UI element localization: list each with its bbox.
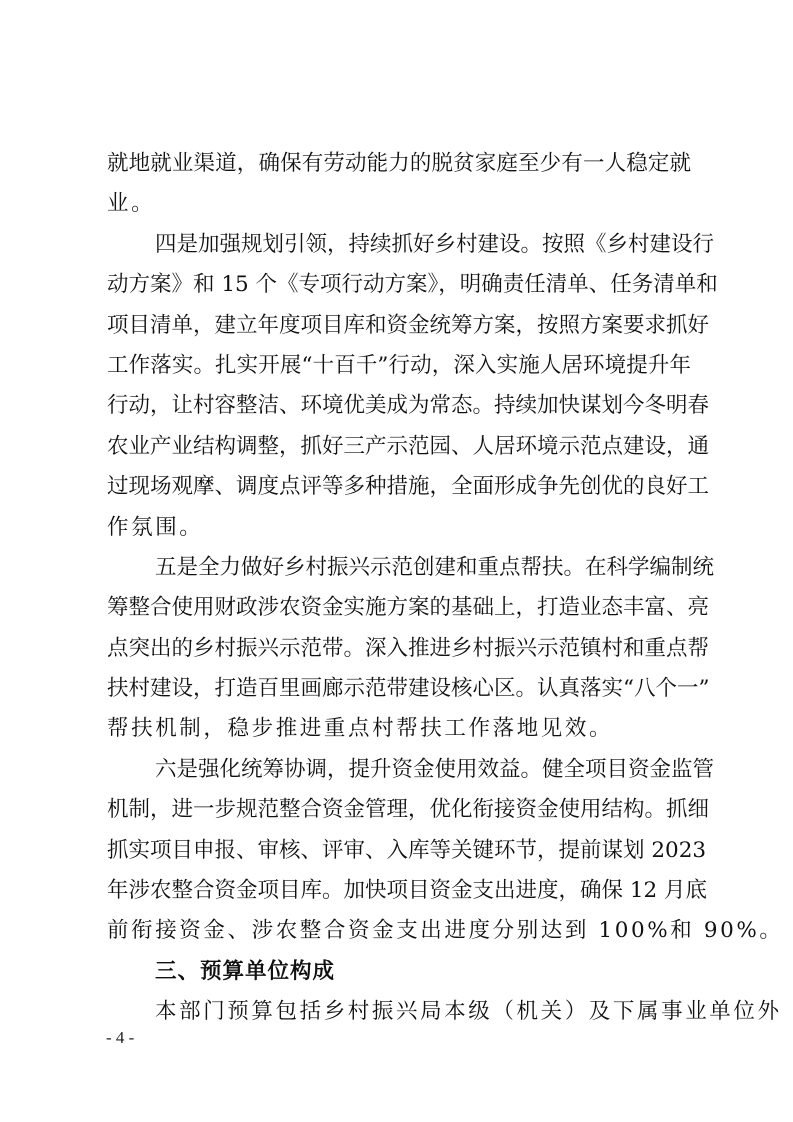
text-line: 过现场观摩、调度点评等多种措施，全面形成争先创优的良好工 [107,467,691,507]
text-line: 农业产业结构调整，抓好三产示范园、人居环境示范点建设，通 [107,427,691,467]
paragraph-start-line: 六是强化统筹协调，提升资金使用效益。健全项目资金监管 [107,750,691,790]
paragraph-start-line: 本部门预算包括乡村振兴局本级（机关）及下属事业单位外 [107,992,691,1032]
text-line: 扶村建设，打造百里画廊示范带建设核心区。认真落实“八个一” [107,669,691,709]
text-line: 帮扶机制，稳步推进重点村帮扶工作落地见效。 [107,709,691,749]
paragraph-start-line: 四是加强规划引领，持续抓好乡村建设。按照《乡村建设行 [107,225,691,265]
section-heading: 三、预算单位构成 [107,952,691,992]
text-line: 就地就业渠道，确保有劳动能力的脱贫家庭至少有一人稳定就 [107,144,691,184]
text-line: 点突出的乡村振兴示范带。深入推进乡村振兴示范镇村和重点帮 [107,629,691,669]
text-line: 作氛围。 [107,508,691,548]
text-line: 筹整合使用财政涉农资金实施方案的基础上，打造业态丰富、亮 [107,588,691,628]
text-line: 前衔接资金、涉农整合资金支出进度分别达到 100%和 90%。 [107,911,691,951]
text-line: 工作落实。扎实开展“十百千”行动，深入实施人居环境提升年 [107,346,691,386]
paragraph-start-line: 五是全力做好乡村振兴示范创建和重点帮扶。在科学编制统 [107,548,691,588]
text-line: 业。 [107,184,691,224]
body-text: 就地就业渠道，确保有劳动能力的脱贫家庭至少有一人稳定就 业。 四是加强规划引领，… [107,144,691,1033]
text-line: 抓实项目申报、审核、评审、入库等关键环节，提前谋划 2023 [107,831,691,871]
text-line: 年涉农整合资金项目库。加快项目资金支出进度，确保 12 月底 [107,871,691,911]
text-line: 行动，让村容整洁、环境优美成为常态。持续加快谋划今冬明春 [107,386,691,426]
page-number: - 4 - [106,1028,134,1048]
text-line: 项目清单，建立年度项目库和资金统筹方案，按照方案要求抓好 [107,306,691,346]
text-line: 动方案》和 15 个《专项行动方案》，明确责任清单、任务清单和 [107,265,691,305]
text-line: 机制，进一步规范整合资金管理，优化衔接资金使用结构。抓细 [107,790,691,830]
document-page: 就地就业渠道，确保有劳动能力的脱贫家庭至少有一人稳定就 业。 四是加强规划引领，… [0,0,793,1122]
